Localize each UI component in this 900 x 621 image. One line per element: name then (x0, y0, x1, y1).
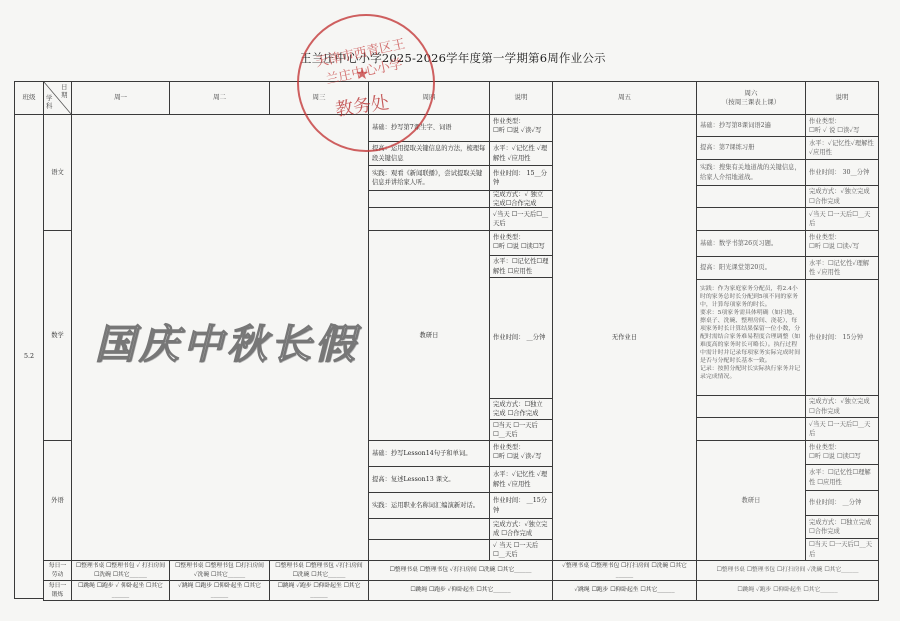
thu-english-time: 作业时间： __15分钟 (489, 492, 553, 519)
sat-chinese-level: 水平：✓记忆性✓理解性 ✓应用性 (805, 136, 879, 160)
thu-english-type: 作业类型： ☐听 ☐说 ✓读✓写 (489, 440, 553, 467)
sat-math-practice: 实践：作为家庭家务分配员，将2.4小时的家务总时长分配到5项不同的家务中，计算每… (696, 279, 806, 396)
labor-thu: ☐整理书桌 ☐整理书包 ✓打扫房间 ☐洗碗 ☐其它______ (368, 560, 553, 581)
thu-english-practice: 实践：运用职业名称词汇编演新对话。 (368, 492, 490, 519)
exercise-fri: ✓跳绳 ☐跑步 ☐仰卧起坐 ☐其它______ (552, 580, 697, 601)
stamp-star-icon: ★ (355, 64, 369, 83)
sat-english-teaching-day: 教研日 (696, 440, 806, 561)
thu-math-mode: 完成方式：☐独立完成 ☐合作完成 (489, 398, 553, 420)
sat-english-type: 作业类型： ☐听 ☐说 ☐读☐写 (805, 440, 879, 465)
thu-chinese-type: 作业类型： ☐听 ☐说 ✓读✓写 (489, 114, 553, 142)
exercise-thu: ☐跳绳 ☐跑步 ✓仰卧起坐 ☐其它______ (368, 580, 553, 601)
sat-math-blank-1 (696, 395, 806, 418)
sat-chinese-basic: 基础：抄写第8课词语2遍 (696, 114, 806, 137)
sat-english-level: 水平：☐记忆性☐理解性 ☐应用性 (805, 464, 879, 491)
header-thursday-note: 说明 (489, 81, 553, 115)
holiday-banner: 国庆中秋长假 (95, 313, 359, 370)
header-saturday-note: 说明 (805, 81, 879, 115)
exercise-mon: ☐跳绳 ☐跑步 ✓ 仰卧起坐 ☐其它______ (71, 580, 170, 601)
thu-english-blank-1 (368, 518, 490, 540)
sat-math-mode: 完成方式：✓独立完成 ☐合作完成 (805, 395, 879, 418)
sat-english-mode: 完成方式：☐独立完成 ☐合作完成 (805, 515, 879, 539)
header-saturday-sub: （按周三课表上课） (722, 98, 781, 107)
sat-chinese-practice: 实践：搜集有关地道战的关键信息，给家人介绍地道战。 (696, 159, 806, 186)
labor-fri: ✓整理书桌 ☐整理书包 ☐打扫房间 ☐洗碗 ☐其它______ (552, 560, 697, 581)
header-corner: 日期 学科 (43, 81, 72, 115)
thu-math-teaching-day: 教研日 (368, 230, 490, 441)
sat-chinese-due: ✓当天 ☐一天后☐__天后 (805, 207, 879, 231)
class-name: 5.2 (14, 114, 44, 599)
labor-mon: ☐整理书桌 ☐整理书包 ✓ 打扫房间 ☐洗碗 ☐其它______ (71, 560, 170, 581)
labor-tue: ☐整理书桌 ☐整理书包 ☐打扫房间 ✓洗碗 ☐其它______ (169, 560, 270, 581)
thu-math-type: 作业类型： ☐听 ☐说 ☐读☐写 (489, 230, 553, 256)
header-saturday: 周六 （按周三课表上课） (696, 81, 806, 115)
thu-english-improve: 提高：复述Lesson13 课文。 (368, 466, 490, 493)
exercise-label: 每日一锻炼 (43, 580, 72, 601)
sat-math-level: 水平：☐记忆性✓理解性 ✓应用性 (805, 256, 879, 280)
sat-chinese-blank-2 (696, 207, 806, 231)
labor-sat: ☐整理书桌 ☐整理书包 ☐打扫房间 ✓洗碗 ☐其它______ (696, 560, 879, 581)
sat-math-improve: 提高：阳光课堂第20页。 (696, 256, 806, 280)
thu-chinese-blank-1 (368, 190, 490, 208)
sat-math-due: ✓当天 ☐一天后☐__天后 (805, 417, 879, 441)
header-friday: 周五 (552, 81, 697, 115)
labor-wed: ☐整理书桌 ☐整理书包 ✓打扫房间 ☐洗碗 ☐其它______ (269, 560, 369, 581)
thu-math-level: 水平：☐记忆性☐理解性 ☐应用性 (489, 255, 553, 278)
header-corner-date: 日期 (61, 84, 68, 100)
thu-english-basic: 基础：抄写Lesson14句子和单词。 (368, 440, 490, 467)
sat-chinese-mode: 完成方式：✓独立完成 ☐合作完成 (805, 185, 879, 208)
exercise-wed: ☐跳绳 ✓跑步 ☐仰卧起坐 ☐其它______ (269, 580, 369, 601)
sat-english-time: 作业时间： __分钟 (805, 490, 879, 516)
subject-chinese: 语文 (43, 114, 72, 231)
homework-notice-page: 王兰庄中心小学2025-2026学年度第一学期第6周作业公示 班级 日期 学科 … (0, 0, 900, 621)
sat-math-blank-2 (696, 417, 806, 441)
thu-chinese-practice: 实践：观看《新闻联播》，尝试提取关键信息并讲给家人听。 (368, 165, 490, 191)
thu-chinese-time: 作业时间： 15__分钟 (489, 165, 553, 191)
fri-no-homework: 无作业日 (552, 114, 697, 561)
header-corner-subject: 学科 (46, 95, 53, 111)
sat-math-time: 作业时间： 15分钟 (805, 279, 879, 396)
exercise-sat: ☐跳绳 ✓跑步 ☐仰卧起坐 ☐其它______ (696, 580, 879, 601)
labor-label: 每日一劳动 (43, 560, 72, 581)
thu-chinese-level: 水平：✓记忆性 ✓理解性 ✓应用性 (489, 141, 553, 166)
header-monday: 周一 (71, 81, 170, 115)
thu-math-due: ☐当天 ☐一天后☐__天后 (489, 419, 553, 441)
sat-chinese-time: 作业时间： 30__分钟 (805, 159, 879, 186)
exercise-tue: ✓跳绳 ☐跑步 ☐仰卧起坐 ☐其它______ (169, 580, 270, 601)
thu-english-mode: 完成方式：✓独立完成 ☐合作完成 (489, 518, 553, 540)
header-class: 班级 (14, 81, 44, 115)
thu-chinese-mode: 完成方式：✓ 独立完成☐合作完成 (489, 190, 553, 208)
thu-english-blank-2 (368, 539, 490, 561)
sat-math-type: 作业类型： ☐听 ☐说 ☐读✓写 (805, 230, 879, 257)
header-tuesday: 周二 (169, 81, 270, 115)
thu-english-level: 水平：✓记忆性 ✓理解性 ✓应用性 (489, 466, 553, 493)
thu-chinese-blank-2 (368, 207, 490, 231)
sat-math-basic: 基础：数学书第26页习题。 (696, 230, 806, 257)
thu-math-time: 作业时间： __分钟 (489, 277, 553, 399)
subject-math: 数学 (43, 230, 72, 441)
sat-chinese-type: 作业类型： ☐听 ✓ 说 ☐读✓写 (805, 114, 879, 137)
header-saturday-label: 周六 (745, 89, 758, 98)
sat-english-due: ☐当天 ☐一天后☐__天后 (805, 538, 879, 561)
thu-chinese-due: ✓当天 ☐一天后☐__天后 (489, 207, 553, 231)
thu-english-due: ✓ 当天 ☐一天后☐__天后 (489, 539, 553, 561)
sat-chinese-improve: 提高：第7课练习册 (696, 136, 806, 160)
sat-chinese-blank-1 (696, 185, 806, 208)
subject-english: 外语 (43, 440, 72, 561)
